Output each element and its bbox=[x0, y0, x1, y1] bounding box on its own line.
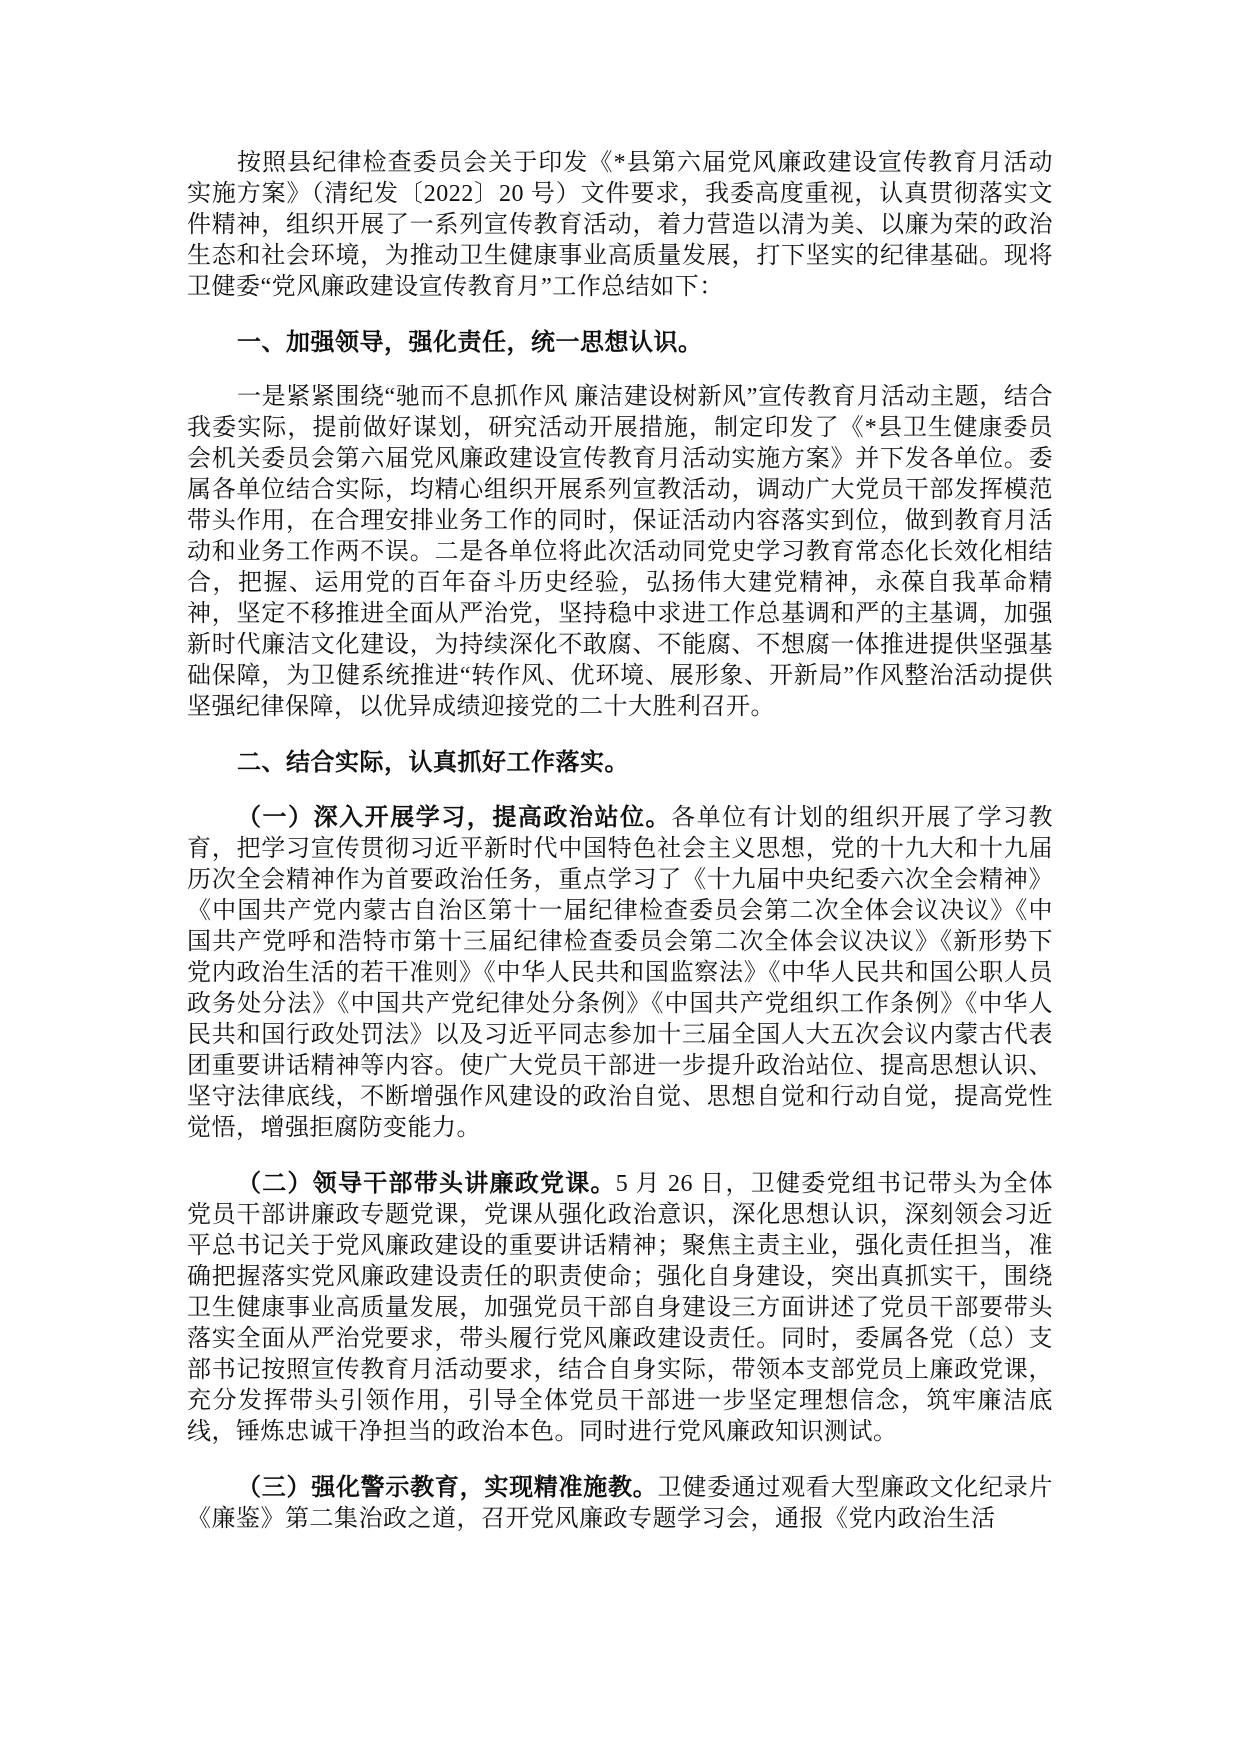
section2-item1-lead: （一）深入开展学习，提高政治站位。 bbox=[237, 804, 671, 831]
document-page: 按照县纪律检查委员会关于印发《*县第六届党风廉政建设宣传教育月活动实施方案》（清… bbox=[0, 0, 1240, 1754]
section2-heading: 二、结合实际，认真抓好工作落实。 bbox=[187, 747, 1053, 778]
section2-item2-body: 5 月 26 日，卫健委党组书记带头为全体党员干部讲廉政专题党课，党课从强化政治… bbox=[187, 1171, 1053, 1445]
section1-body-paragraph: 一是紧紧围绕“驰而不息抓作风 廉洁建设树新风”宣传教育月活动主题，结合我委实际，… bbox=[187, 382, 1053, 723]
section2-item3-paragraph: （三）强化警示教育，实现精准施教。卫健委通过观看大型廉政文化纪录片《廉鉴》第二集… bbox=[187, 1472, 1053, 1535]
section2-item2-lead: （二）领导干部带头讲廉政党课。 bbox=[237, 1170, 616, 1197]
section1-heading: 一、加强领导，强化责任，统一思想认识。 bbox=[187, 327, 1053, 358]
section2-item2-paragraph: （二）领导干部带头讲廉政党课。5 月 26 日，卫健委党组书记带头为全体党员干部… bbox=[187, 1168, 1053, 1448]
intro-paragraph: 按照县纪律检查委员会关于印发《*县第六届党风廉政建设宣传教育月活动实施方案》（清… bbox=[187, 148, 1053, 303]
section2-item1-paragraph: （一）深入开展学习，提高政治站位。各单位有计划的组织开展了学习教育，把学习宣传贯… bbox=[187, 802, 1053, 1144]
section2-item3-lead: （三）强化警示教育，实现精准施教。 bbox=[237, 1474, 657, 1501]
document-content: 按照县纪律检查委员会关于印发《*县第六届党风廉政建设宣传教育月活动实施方案》（清… bbox=[187, 148, 1053, 1559]
section2-item1-body: 各单位有计划的组织开展了学习教育，把学习宣传贯彻习近平新时代中国特色社会主义思想… bbox=[187, 805, 1053, 1141]
